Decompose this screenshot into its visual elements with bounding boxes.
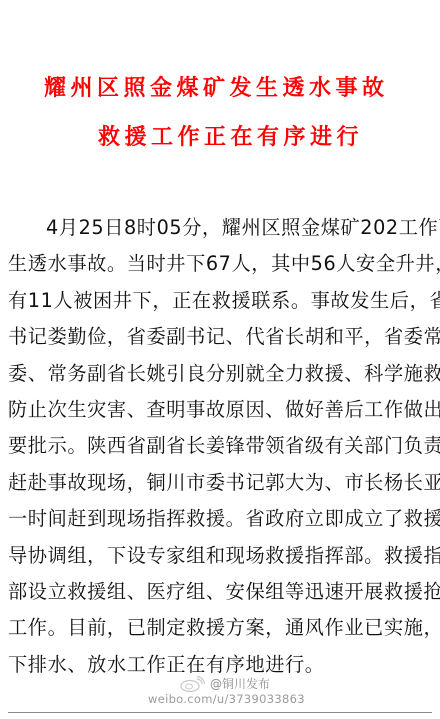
body-line: 部设立救援组、医疗组、安保组等迅速开展救援抢救: [8, 574, 436, 610]
body-line: 生透水事故。当时井下67人，其中56人安全升井，还: [8, 246, 436, 282]
body-line: 工作。目前，已制定救援方案，通风作业已实施，井: [8, 610, 436, 646]
body-line: 有11人被困井下，正在救援联系。事故发生后，省委: [8, 283, 436, 319]
body-line: 赶赴事故现场，铜川市委书记郭大为、市长杨长亚第: [8, 465, 436, 501]
headline-line-2: 救援工作正在有序进行: [98, 125, 363, 151]
body-line: 一时间赶到现场指挥救援。省政府立即成立了救援指: [8, 501, 436, 537]
article-body: 4月25日8时05分，耀州区照金煤矿202工作面发 生透水事故。当时井下67人，…: [8, 210, 436, 683]
watermark-url: weibo.com/u/3739033863: [148, 692, 318, 706]
body-line: 要批示。陕西省副省长姜锋带领省级有关部门负责人: [8, 428, 436, 464]
bottom-divider: [8, 712, 432, 713]
body-line: 防止次生灾害、查明事故原因、做好善后工作做出重: [8, 392, 436, 428]
weibo-logo-icon: [180, 676, 206, 692]
watermark-account: @铜川发布: [210, 677, 270, 691]
body-line: 导协调组，下设专家组和现场救援指挥部。救援指挥: [8, 538, 436, 574]
body-line: 4月25日8时05分，耀州区照金煤矿202工作面发: [8, 210, 436, 246]
weibo-watermark: @铜川发布 weibo.com/u/3739033863: [148, 676, 318, 706]
headline-line-1: 耀州区照金煤矿发生透水事故: [44, 76, 389, 102]
body-line: 书记娄勤俭，省委副书记、代省长胡和平，省委常: [8, 319, 436, 355]
body-line: 委、常务副省长姚引良分别就全力救援、科学施救、: [8, 356, 436, 392]
